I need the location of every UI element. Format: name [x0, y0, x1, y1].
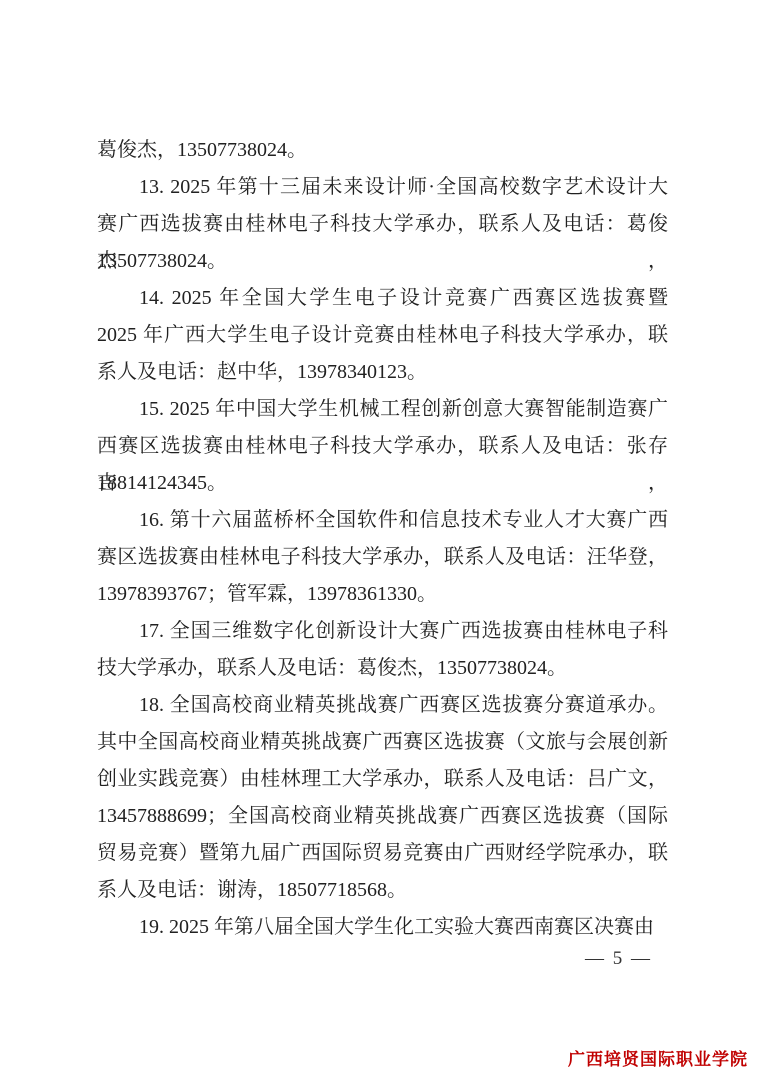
text-line: 其中全国高校商业精英挑战赛广西赛区选拔赛（文旅与会展创新 — [97, 724, 668, 761]
page-number: — 5 — — [585, 948, 652, 970]
text-line: 西赛区选拔赛由桂林电子科技大学承办，联系人及电话：张存吉， — [97, 428, 668, 465]
text-line: 创业实践竞赛）由桂林理工大学承办，联系人及电话：吕广文， — [97, 761, 668, 798]
text-line: 19. 2025 年第八届全国大学生化工实验大赛西南赛区决赛由 — [97, 909, 668, 946]
text-line: 13. 2025 年第十三届未来设计师·全国高校数字艺术设计大 — [97, 169, 668, 206]
document-body: 葛俊杰，13507738024。13. 2025 年第十三届未来设计师·全国高校… — [97, 132, 668, 946]
text-line: 系人及电话：赵中华，13978340123。 — [97, 354, 668, 391]
text-line: 葛俊杰，13507738024。 — [97, 132, 668, 169]
watermark-school-name: 广西培贤国际职业学院 — [568, 1045, 748, 1070]
text-line: 赛广西选拔赛由桂林电子科技大学承办，联系人及电话：葛俊杰， — [97, 206, 668, 243]
text-line: 17. 全国三维数字化创新设计大赛广西选拔赛由桂林电子科 — [97, 613, 668, 650]
text-line: 14. 2025 年全国大学生电子设计竞赛广西赛区选拔赛暨 — [97, 280, 668, 317]
text-line: 赛区选拔赛由桂林电子科技大学承办，联系人及电话：汪华登， — [97, 539, 668, 576]
text-line: 15. 2025 年中国大学生机械工程创新创意大赛智能制造赛广 — [97, 391, 668, 428]
document-page: 葛俊杰，13507738024。13. 2025 年第十三届未来设计师·全国高校… — [0, 0, 764, 1080]
text-line: 贸易竞赛）暨第九届广西国际贸易竞赛由广西财经学院承办，联 — [97, 835, 668, 872]
text-line: 2025 年广西大学生电子设计竞赛由桂林电子科技大学承办，联 — [97, 317, 668, 354]
text-line: 13978393767；管军霖，13978361330。 — [97, 576, 668, 613]
text-line: 系人及电话：谢涛，18507718568。 — [97, 872, 668, 909]
text-line: 18. 全国高校商业精英挑战赛广西赛区选拔赛分赛道承办。 — [97, 687, 668, 724]
text-line: 13457888699；全国高校商业精英挑战赛广西赛区选拔赛（国际 — [97, 798, 668, 835]
text-line: 技大学承办，联系人及电话：葛俊杰，13507738024。 — [97, 650, 668, 687]
text-line: 16. 第十六届蓝桥杯全国软件和信息技术专业人才大赛广西 — [97, 502, 668, 539]
